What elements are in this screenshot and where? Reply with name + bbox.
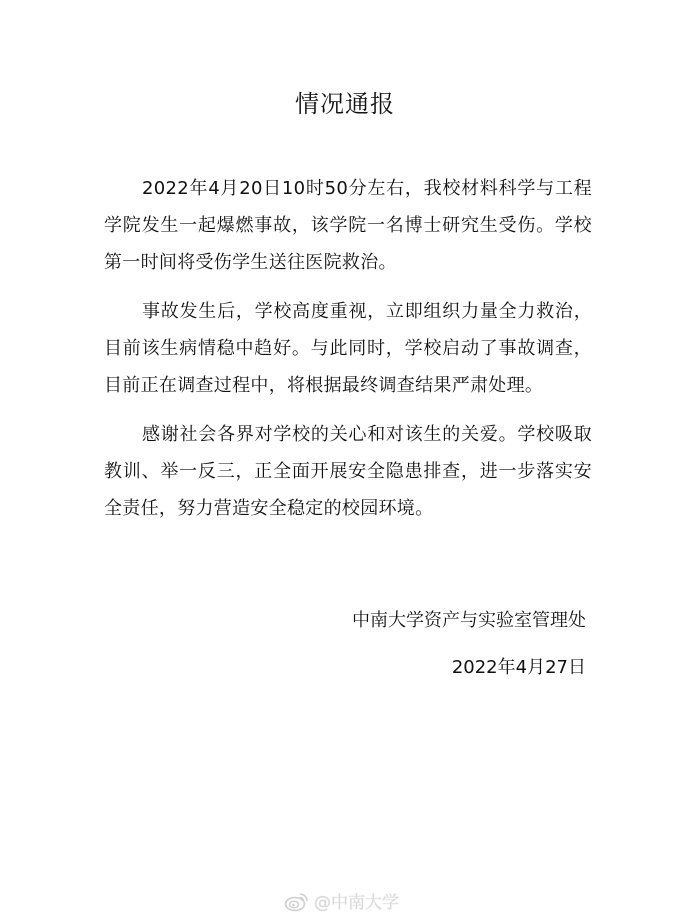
paragraph-incident: 2022年4月20日10时50分左右，我校材料科学与工程学院发生一起爆燃事故，该… — [104, 170, 592, 281]
notice-page: 情况通报 2022年4月20日10时50分左右，我校材料科学与工程学院发生一起爆… — [0, 0, 690, 920]
weibo-watermark: @中南大学 — [284, 888, 399, 913]
page-title: 情况通报 — [0, 84, 690, 119]
paragraph-response: 事故发生后，学校高度重视，立即组织力量全力救治，目前该生病情稳中趋好。与此同时，… — [104, 293, 592, 404]
signature-organization: 中南大学资产与实验室管理处 — [352, 606, 586, 632]
notice-body: 2022年4月20日10时50分左右，我校材料科学与工程学院发生一起爆燃事故，该… — [104, 170, 592, 539]
watermark-text: @中南大学 — [314, 888, 399, 913]
signature-date: 2022年4月27日 — [452, 653, 586, 679]
weibo-icon — [284, 890, 310, 912]
paragraph-thanks: 感谢社会各界对学校的关心和对该生的关爱。学校吸取教训、举一反三，正全面开展安全隐… — [104, 416, 592, 527]
